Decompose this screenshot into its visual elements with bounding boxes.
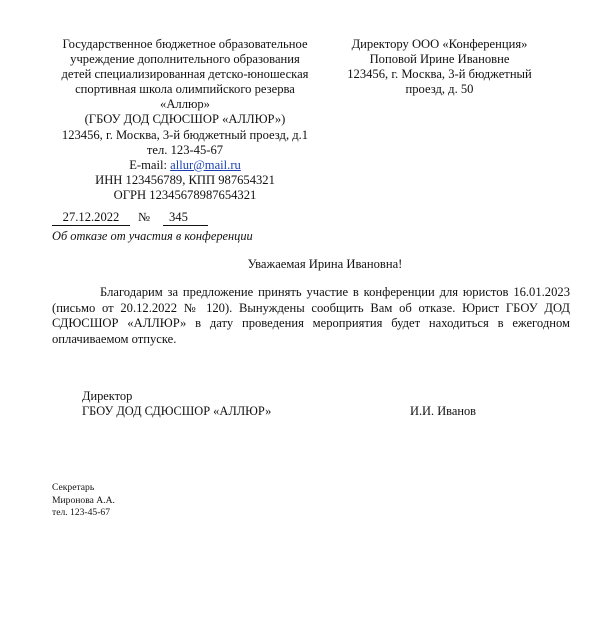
email-link[interactable]: allur@mail.ru — [170, 158, 241, 172]
letter-subject: Об отказе от участия в конференции — [52, 229, 253, 244]
email-label: E-mail: — [129, 158, 170, 172]
signer-name: И.И. Иванов — [410, 404, 476, 419]
signer-position: Директор — [82, 389, 271, 404]
sender-line: учреждение дополнительного образования — [45, 52, 325, 67]
sender-line: «Аллюр» — [45, 97, 325, 112]
registration-date: 27.12.2022 — [52, 210, 130, 226]
registration-number: 345 — [163, 210, 208, 226]
sender-inn-kpp: ИНН 123456789, КПП 987654321 — [45, 173, 325, 188]
sender-line: спортивная школа олимпийского резерва — [45, 82, 325, 97]
executor-role: Секретарь — [52, 482, 115, 495]
recipient-line: 123456, г. Москва, 3-й бюджетный — [332, 67, 547, 82]
sender-email-line: E-mail: allur@mail.ru — [45, 158, 325, 173]
greeting: Уважаемая Ирина Ивановна! — [0, 257, 610, 272]
sender-block: Государственное бюджетное образовательно… — [45, 37, 325, 203]
sender-line: детей специализированная детско-юношеска… — [45, 67, 325, 82]
signature-block: Директор ГБОУ ДОД СДЮСШОР «АЛЛЮР» — [82, 389, 271, 419]
sender-ogrn: ОГРН 12345678987654321 — [45, 188, 325, 203]
recipient-line: Поповой Ирине Ивановне — [332, 52, 547, 67]
sender-line: Государственное бюджетное образовательно… — [45, 37, 325, 52]
signer-organization: ГБОУ ДОД СДЮСШОР «АЛЛЮР» — [82, 404, 271, 419]
number-sign: № — [138, 210, 150, 225]
executor-name: Миронова А.А. — [52, 495, 115, 508]
sender-address: 123456, г. Москва, 3-й бюджетный проезд,… — [45, 128, 325, 143]
recipient-line: Директору ООО «Конференция» — [332, 37, 547, 52]
executor-block: Секретарь Миронова А.А. тел. 123-45-67 — [52, 482, 115, 520]
sender-phone: тел. 123-45-67 — [45, 143, 325, 158]
sender-short-name: (ГБОУ ДОД СДЮСШОР «АЛЛЮР») — [45, 112, 325, 127]
recipient-block: Директору ООО «Конференция» Поповой Ирин… — [332, 37, 547, 97]
recipient-line: проезд, д. 50 — [332, 82, 547, 97]
letter-body: Благодарим за предложение принять участи… — [52, 285, 570, 347]
executor-phone: тел. 123-45-67 — [52, 507, 115, 520]
